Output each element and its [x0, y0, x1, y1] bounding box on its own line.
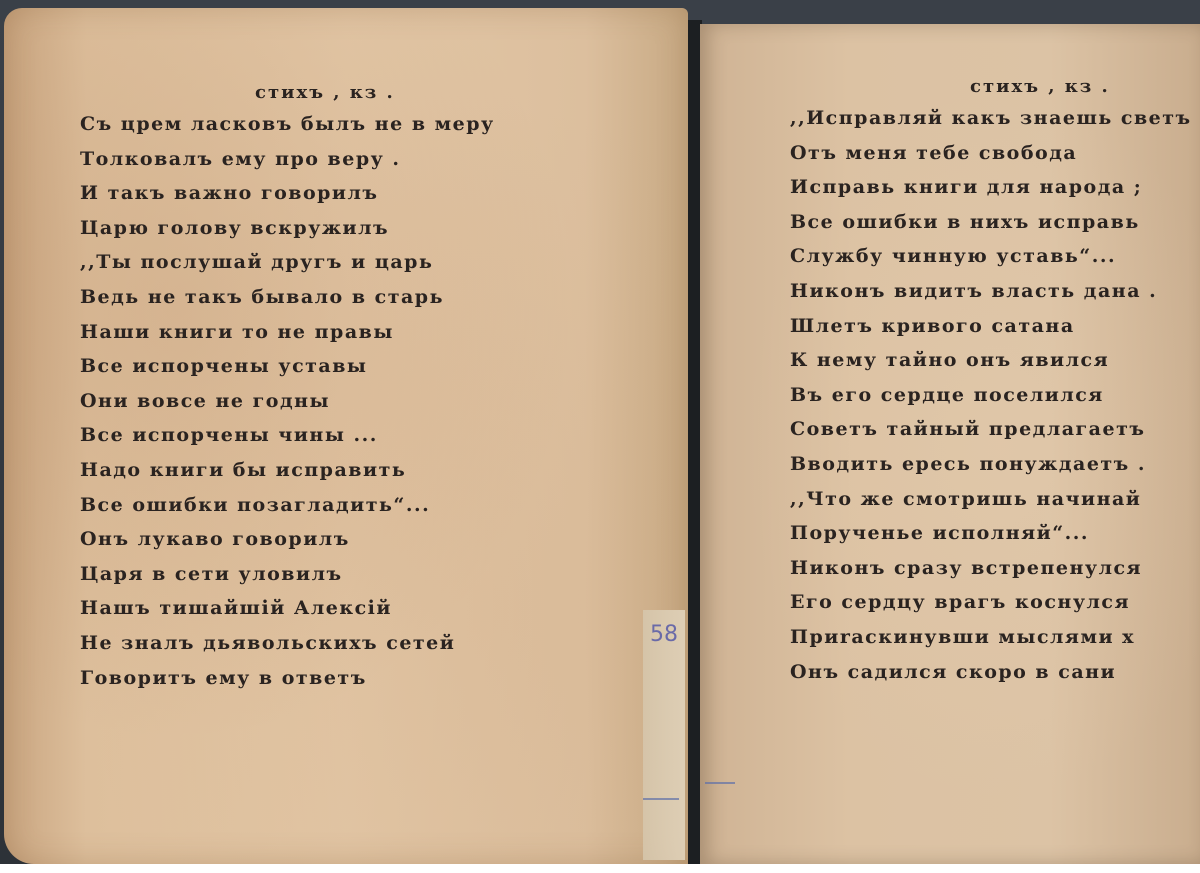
- verse-line: Его сердцу врагъ коснулся: [790, 585, 1190, 620]
- verse-line: Все ошибки в нихъ исправь: [790, 205, 1190, 240]
- verse-line: Никонъ сразу встрепенулся: [790, 551, 1190, 586]
- left-page-text: стихъ , кз . Съ црем ласковъ былъ не в м…: [80, 82, 480, 695]
- verse-line: Все испорчены уставы: [80, 349, 480, 384]
- left-page-edge-strip: [643, 610, 685, 860]
- verse-line: Все испорчены чины ...: [80, 418, 480, 453]
- pencil-mark: [643, 798, 679, 800]
- verse-line: Онъ садился скоро в сани: [790, 655, 1190, 690]
- verse-line: Никонъ видитъ власть дана .: [790, 274, 1190, 309]
- left-page-header: стихъ , кз .: [80, 82, 480, 103]
- verse-line: Отъ меня тебе свобода: [790, 136, 1190, 171]
- verse-line: И такъ важно говорилъ: [80, 176, 480, 211]
- verse-line: Советъ тайный предлагаетъ: [790, 412, 1190, 447]
- verse-line: Службу чинную уставь“...: [790, 239, 1190, 274]
- verse-line: Порученье исполняй“...: [790, 516, 1190, 551]
- verse-line: Царю голову вскружилъ: [80, 211, 480, 246]
- verse-line: Все ошибки позагладить“...: [80, 488, 480, 523]
- verse-line: К нему тайно онъ явился: [790, 343, 1190, 378]
- verse-line: Царя в сети уловилъ: [80, 557, 480, 592]
- verse-line: Вводить ересь понуждаетъ .: [790, 447, 1190, 482]
- verse-line: Съ црем ласковъ былъ не в меру: [80, 107, 480, 142]
- verse-line: Онъ лукаво говорилъ: [80, 522, 480, 557]
- right-page-text: стихъ , кз . ,,Исправляй какъ знаешь све…: [790, 76, 1190, 689]
- verse-line: Исправь книги для народа ;: [790, 170, 1190, 205]
- verse-line: Приraскинувши мыслями х: [790, 620, 1190, 655]
- pencil-mark: [705, 782, 735, 784]
- right-page-header: стихъ , кз .: [790, 76, 1190, 97]
- verse-line: Не зналъ дьявольскихъ сетей: [80, 626, 480, 661]
- verse-line: Наши книги то не правы: [80, 315, 480, 350]
- verse-line: Надо книги бы исправить: [80, 453, 480, 488]
- verse-line: Шлетъ кривого сатана: [790, 309, 1190, 344]
- verse-line: Говоритъ ему в ответъ: [80, 661, 480, 696]
- pencil-page-number: 58: [650, 622, 678, 647]
- verse-line: Они вовсе не годны: [80, 384, 480, 419]
- verse-line: Нашъ тишайшій Алексій: [80, 591, 480, 626]
- scan-border: [0, 864, 1200, 873]
- verse-line: ,,Что же смотришь начинай: [790, 482, 1190, 517]
- verse-line: ,,Ты послушай другъ и царь: [80, 245, 480, 280]
- verse-line: Ведь не такъ бывало в старь: [80, 280, 480, 315]
- verse-line: ,,Исправляй какъ знаешь светъ: [790, 101, 1190, 136]
- verse-line: Толковалъ ему про веру .: [80, 142, 480, 177]
- verse-line: Въ его сердце поселился: [790, 378, 1190, 413]
